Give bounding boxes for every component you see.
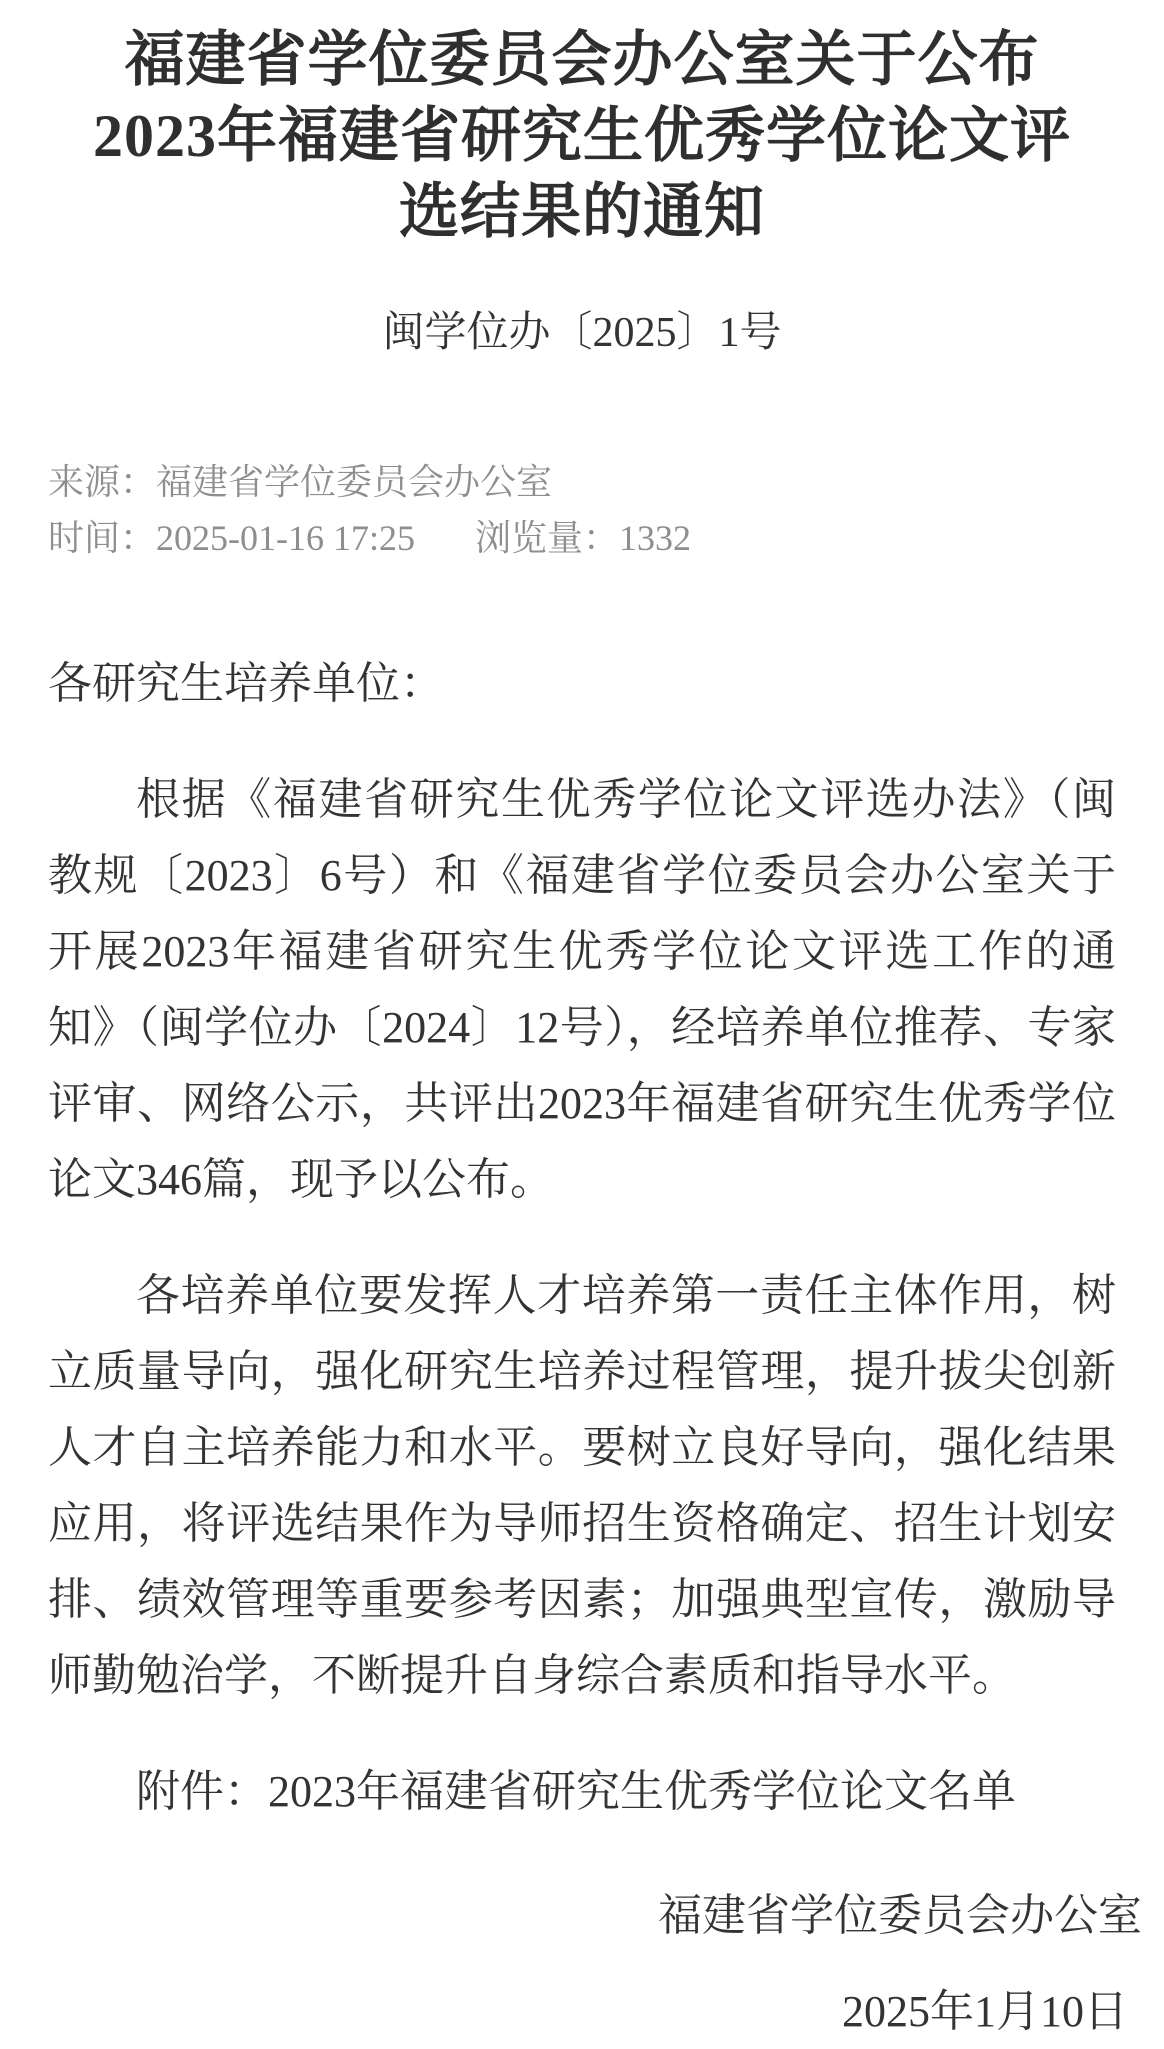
attachment-line: 附件：2023年福建省研究生优秀学位论文名单 [48,1754,1116,1830]
page-title-line-1: 福建省学位委员会办公室关于公布 [40,22,1124,98]
meta-block: 来源：福建省学位委员会办公室 时间：2025-01-16 17:25浏览量：13… [0,454,1164,566]
time-value: 2025-01-16 17:25 [156,518,415,558]
salutation: 各研究生培养单位： [48,646,1116,722]
views-label: 浏览量： [475,518,619,558]
views-value: 1332 [619,518,691,558]
meta-row-source: 来源：福建省学位委员会办公室 [48,454,1116,510]
document-number: 闽学位办〔2025〕1号 [0,308,1164,358]
source-value: 福建省学位委员会办公室 [156,462,552,502]
paragraph-1: 根据《福建省研究生优秀学位论文评选办法》（闽教规〔2023〕6号）和《福建省学位… [48,762,1116,1218]
meta-row-time-views: 时间：2025-01-16 17:25浏览量：1332 [48,510,1116,566]
page-title-line-3: 选结果的通知 [40,174,1124,250]
time-label: 时间： [48,518,156,558]
signature: 福建省学位委员会办公室 [0,1878,1164,1954]
issue-date: 2025年1月10日 [0,1980,1164,2044]
page-title-line-2: 2023年福建省研究生优秀学位论文评 [40,98,1124,174]
paragraph-2: 各培养单位要发挥人才培养第一责任主体作用，树立质量导向，强化研究生培养过程管理，… [48,1258,1116,1714]
notice-page: 福建省学位委员会办公室关于公布 2023年福建省研究生优秀学位论文评 选结果的通… [0,0,1164,2049]
body-content: 各研究生培养单位： 根据《福建省研究生优秀学位论文评选办法》（闽教规〔2023〕… [0,646,1164,1830]
source-label: 来源： [48,462,156,502]
page-title: 福建省学位委员会办公室关于公布 2023年福建省研究生优秀学位论文评 选结果的通… [0,22,1164,250]
